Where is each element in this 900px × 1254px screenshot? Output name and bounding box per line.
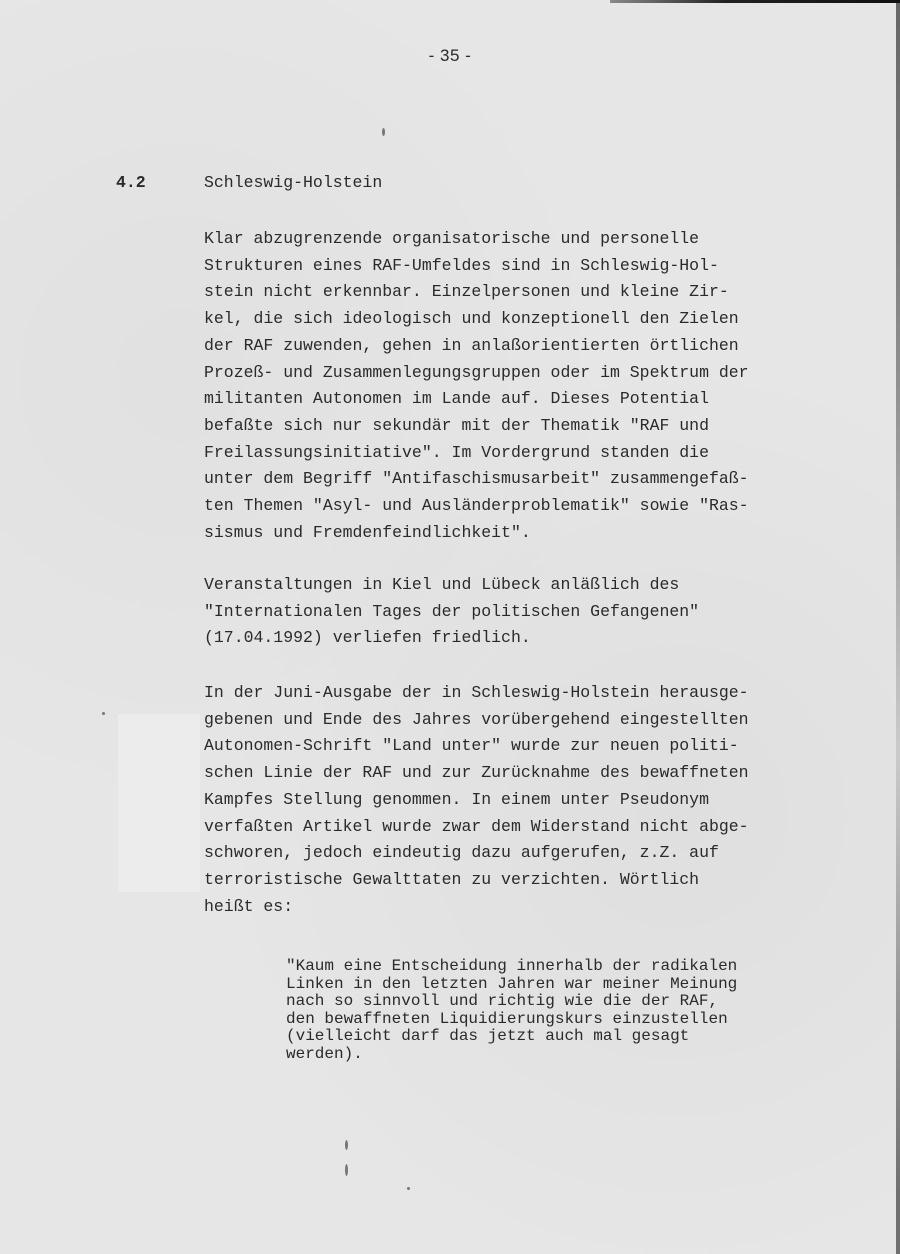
section-title: Schleswig-Holstein bbox=[204, 173, 382, 192]
text-line: militanten Autonomen im Lande auf. Diese… bbox=[204, 386, 824, 413]
text-line: befaßte sich nur sekundär mit der Themat… bbox=[204, 413, 824, 440]
text-line: nach so sinnvoll und richtig wie die der… bbox=[286, 993, 826, 1011]
paragraph-rasf-environment: Klar abzugrenzende organisatorische und … bbox=[204, 226, 824, 546]
text-line: (17.04.1992) verliefen friedlich. bbox=[204, 625, 824, 652]
text-line: (vielleicht darf das jetzt auch mal gesa… bbox=[286, 1028, 826, 1046]
text-line: Veranstaltungen in Kiel und Lübeck anläß… bbox=[204, 572, 824, 599]
text-line: unter dem Begriff "Antifaschismusarbeit"… bbox=[204, 466, 824, 493]
scan-speck bbox=[345, 1140, 348, 1150]
text-line: den bewaffneten Liquidierungskurs einzus… bbox=[286, 1011, 826, 1029]
text-line: ten Themen "Asyl- und Ausländerproblemat… bbox=[204, 493, 824, 520]
text-line: Strukturen eines RAF-Umfeldes sind in Sc… bbox=[204, 253, 824, 280]
text-line: "Kaum eine Entscheidung innerhalb der ra… bbox=[286, 958, 826, 976]
scan-speck bbox=[382, 128, 385, 136]
text-line: heißt es: bbox=[204, 894, 824, 921]
section-number: 4.2 bbox=[116, 173, 146, 192]
scan-edge-shadow-right bbox=[896, 0, 900, 1254]
text-line: In der Juni-Ausgabe der in Schleswig-Hol… bbox=[204, 680, 824, 707]
text-line: Prozeß- und Zusammenlegungsgruppen oder … bbox=[204, 360, 824, 387]
scanned-page: - 35 - 4.2 Schleswig-Holstein Klar abzug… bbox=[0, 0, 900, 1254]
text-line: kel, die sich ideologisch und konzeption… bbox=[204, 306, 824, 333]
paragraph-land-unter: In der Juni-Ausgabe der in Schleswig-Hol… bbox=[204, 680, 824, 920]
scan-speck bbox=[345, 1164, 348, 1176]
text-line: Autonomen-Schrift "Land unter" wurde zur… bbox=[204, 733, 824, 760]
text-line: sismus und Fremdenfeindlichkeit". bbox=[204, 520, 824, 547]
text-line: schworen, jedoch eindeutig dazu aufgeruf… bbox=[204, 840, 824, 867]
text-line: Kampfes Stellung genommen. In einem unte… bbox=[204, 787, 824, 814]
text-line: Klar abzugrenzende organisatorische und … bbox=[204, 226, 824, 253]
paragraph-events-kiel-luebeck: Veranstaltungen in Kiel und Lübeck anläß… bbox=[204, 572, 824, 652]
text-line: verfaßten Artikel wurde zwar dem Widerst… bbox=[204, 814, 824, 841]
text-line: werden). bbox=[286, 1046, 826, 1064]
block-quote: "Kaum eine Entscheidung innerhalb der ra… bbox=[286, 958, 826, 1064]
text-line: gebenen und Ende des Jahres vorübergehen… bbox=[204, 707, 824, 734]
scan-speck bbox=[407, 1187, 410, 1190]
scan-edge-shadow-top bbox=[610, 0, 900, 3]
page-number: - 35 - bbox=[0, 46, 900, 66]
text-line: stein nicht erkennbar. Einzelpersonen un… bbox=[204, 279, 824, 306]
margin-correction-patch bbox=[118, 714, 200, 892]
text-line: der RAF zuwenden, gehen in anlaßorientie… bbox=[204, 333, 824, 360]
text-line: Freilassungsinitiative". Im Vordergrund … bbox=[204, 440, 824, 467]
text-line: Linken in den letzten Jahren war meiner … bbox=[286, 976, 826, 994]
text-line: schen Linie der RAF und zur Zurücknahme … bbox=[204, 760, 824, 787]
text-line: "Internationalen Tages der politischen G… bbox=[204, 599, 824, 626]
text-line: terroristische Gewalttaten zu verzichten… bbox=[204, 867, 824, 894]
scan-speck bbox=[102, 712, 105, 715]
